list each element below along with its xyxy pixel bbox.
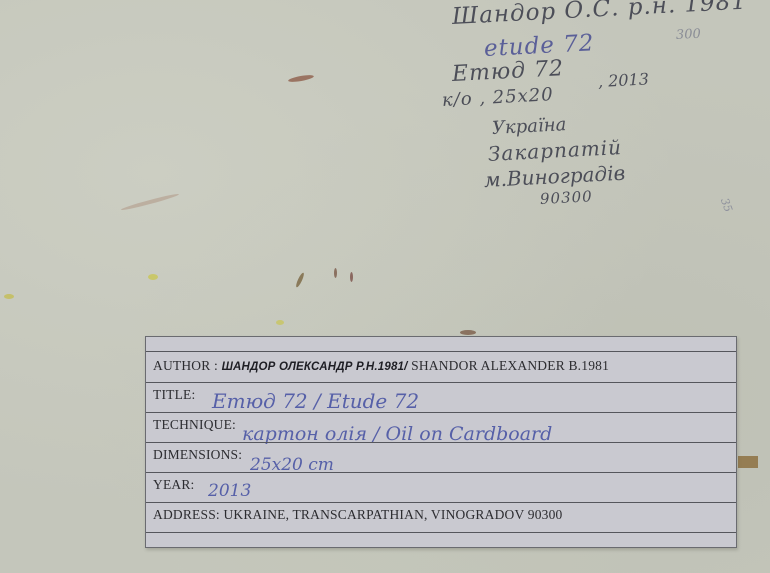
author-label: AUTHOR : bbox=[153, 358, 218, 373]
handwritten-city: м.Виноградів bbox=[483, 161, 625, 192]
speck bbox=[334, 268, 337, 278]
speck bbox=[350, 272, 353, 282]
speck bbox=[4, 294, 14, 299]
handwritten-year: , 2013 bbox=[598, 69, 650, 91]
label-row-author: AUTHOR : Шандор Олександр р.н.1981/ SHAN… bbox=[146, 351, 736, 382]
handwritten-country: Україна bbox=[491, 114, 566, 139]
speck bbox=[121, 192, 180, 211]
side-stamp: 35 bbox=[718, 196, 735, 214]
label-row-title: TITLE: Етюд 72 / Etude 72 bbox=[146, 382, 736, 412]
speck bbox=[148, 274, 158, 280]
author-latin: SHANDOR ALEXANDER B.1981 bbox=[411, 358, 609, 373]
technique-label: TECHNIQUE: bbox=[153, 417, 236, 433]
address-label: ADDRESS: UKRAINE, TRANSCARPATHIAN, VINOG… bbox=[153, 507, 563, 523]
author-cyrillic: Шандор Олександр р.н.1981/ bbox=[222, 361, 408, 373]
title-label: TITLE: bbox=[153, 387, 195, 403]
handwritten-title-cyrillic: Етюд 72 bbox=[451, 56, 564, 87]
speck bbox=[288, 74, 314, 83]
speck bbox=[295, 272, 305, 288]
handwritten-medium-size: к/о , 25x20 bbox=[441, 84, 554, 111]
label-row-technique: TECHNIQUE: картон олія / Oil on Cardboar… bbox=[146, 412, 736, 442]
handwritten-note: 300 bbox=[676, 27, 702, 43]
label-row-address: ADDRESS: UKRAINE, TRANSCARPATHIAN, VINOG… bbox=[146, 502, 736, 532]
label-row-dimensions: DIMENSIONS: 25x20 cm bbox=[146, 442, 736, 472]
title-value: Етюд 72 / Etude 72 bbox=[212, 389, 419, 413]
year-value: 2013 bbox=[208, 481, 251, 501]
speck bbox=[276, 320, 284, 325]
label-row-empty bbox=[146, 532, 736, 546]
artwork-label: AUTHOR : Шандор Олександр р.н.1981/ SHAN… bbox=[145, 336, 737, 548]
speck bbox=[460, 330, 476, 335]
dimensions-label: DIMENSIONS: bbox=[153, 447, 242, 463]
label-row-year: YEAR: 2013 bbox=[146, 472, 736, 502]
handwritten-postcode: 90300 bbox=[540, 187, 594, 208]
tape-fragment bbox=[738, 456, 758, 468]
year-label: YEAR: bbox=[153, 477, 195, 493]
handwritten-artist: Шандор О.С. р.н. 1981 bbox=[451, 0, 747, 30]
